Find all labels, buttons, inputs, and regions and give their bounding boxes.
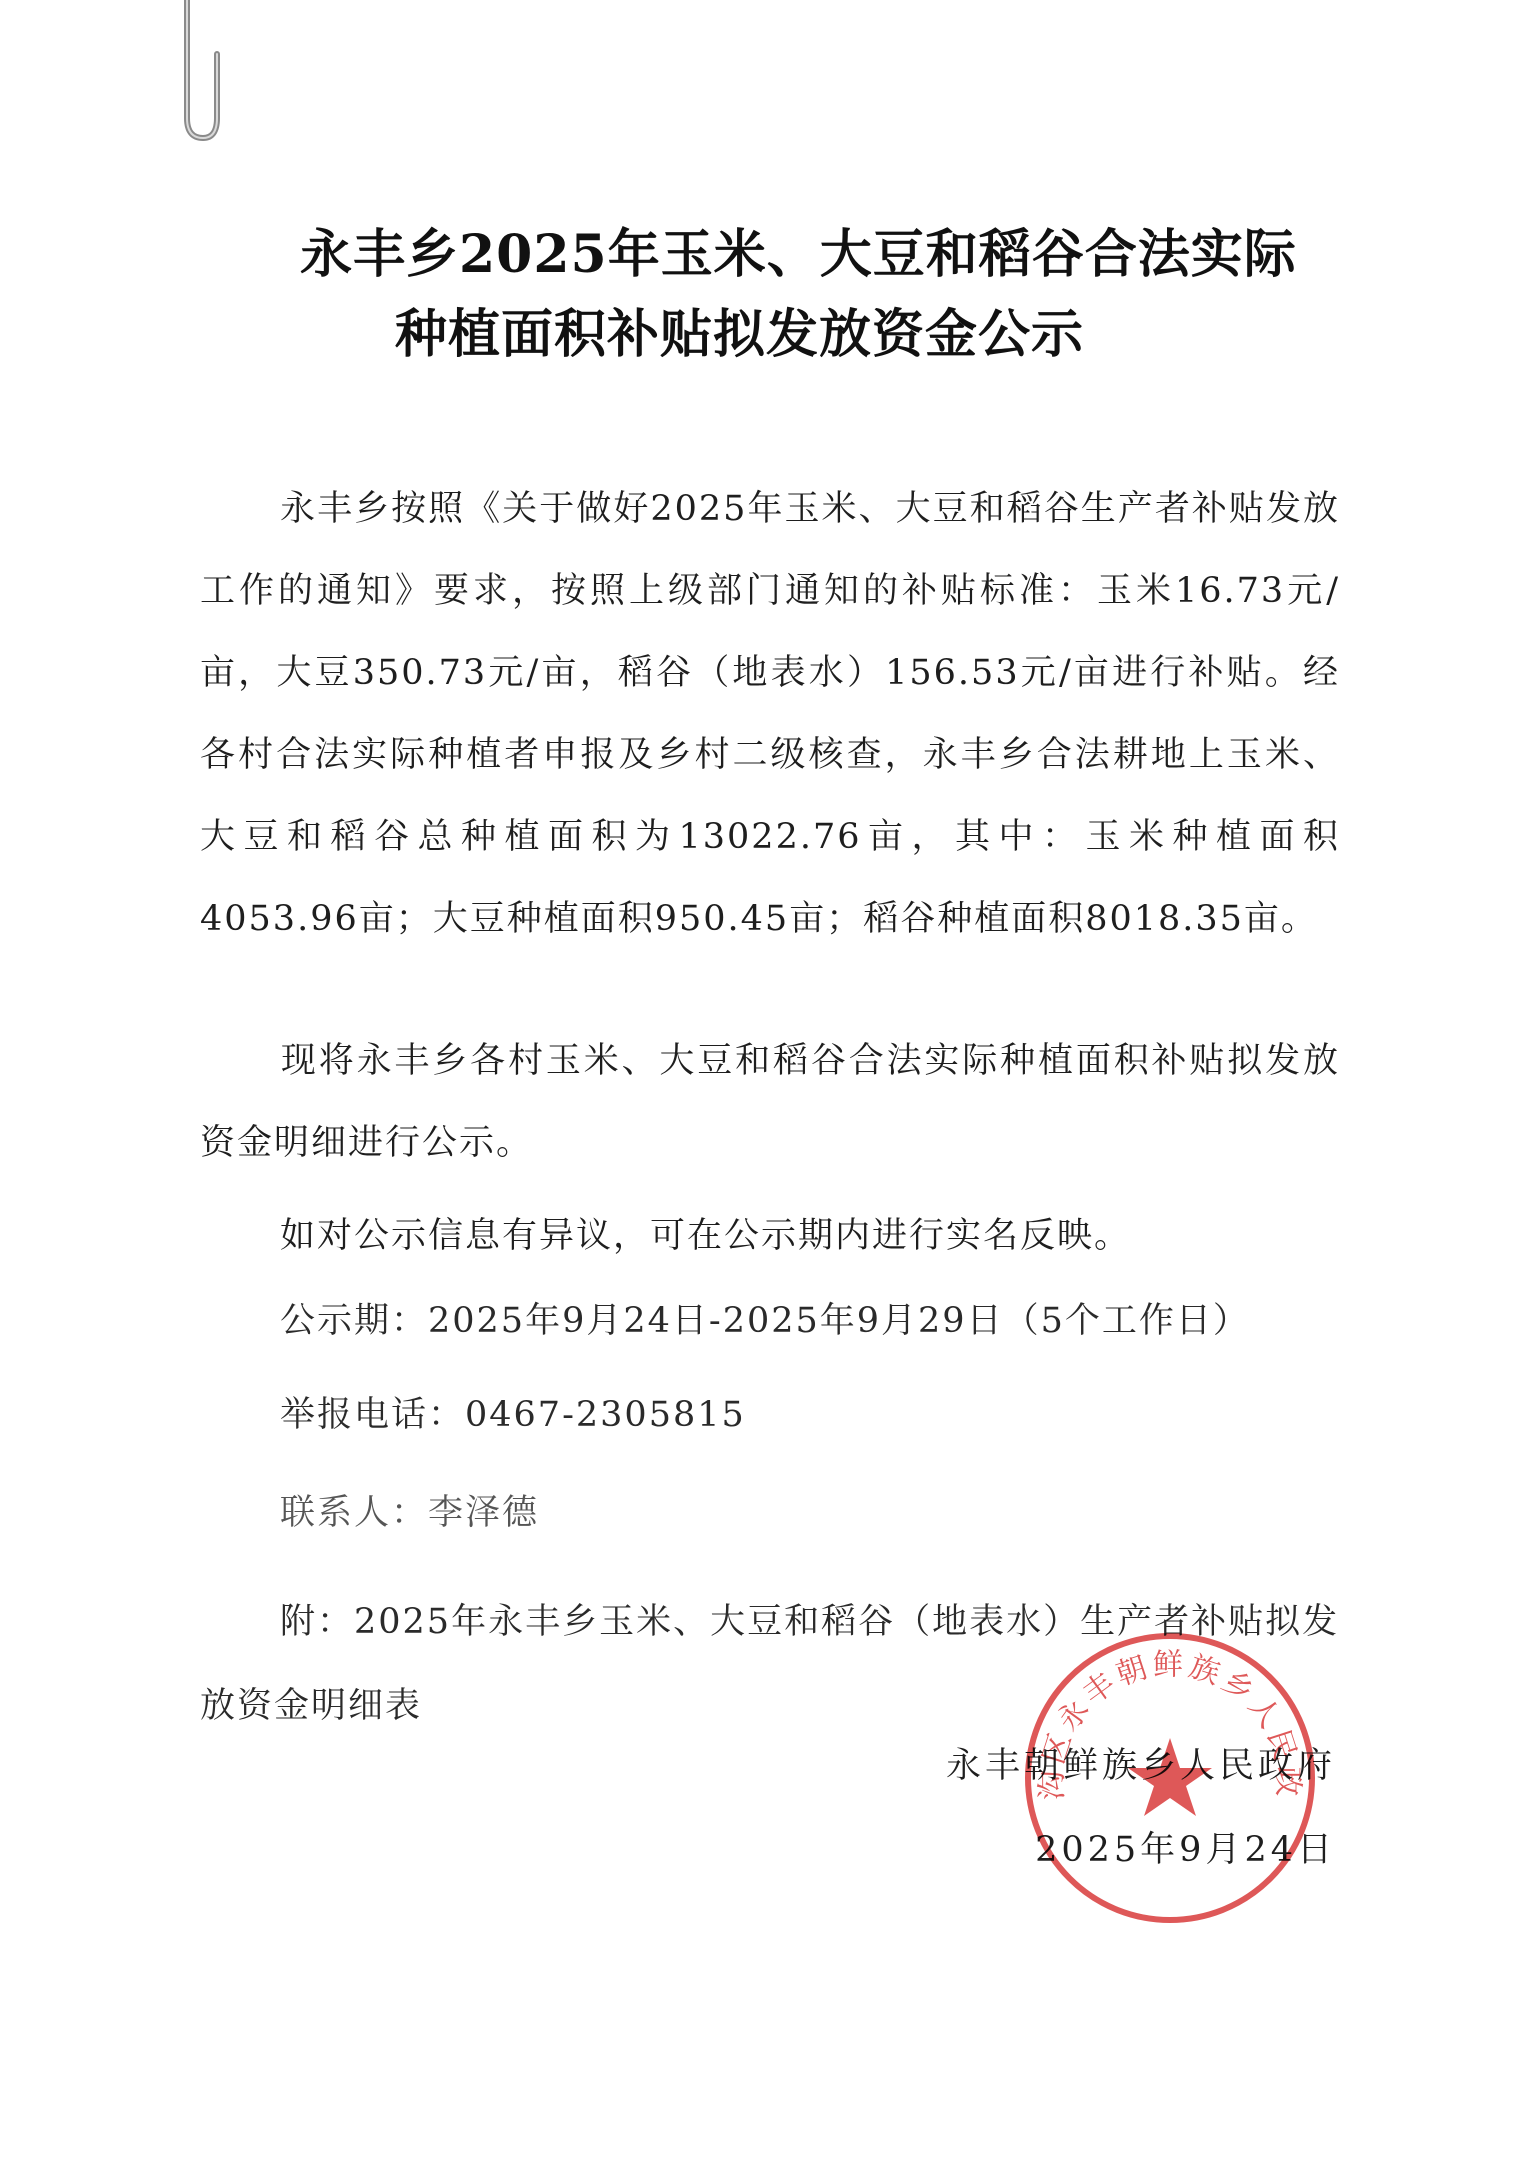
official-seal-icon: 于沟区永丰朝鲜族乡人民政府	[1020, 1628, 1320, 1928]
paragraph-intro-text: 永丰乡按照《关于做好2025年玉米、大豆和稻谷生产者补贴发放工作的通知》要求，按…	[200, 489, 1340, 939]
publicity-period: 公示期：2025年9月24日-2025年9月29日（5个工作日）	[280, 1293, 1250, 1343]
document-title-line1: 永丰乡2025年玉米、大豆和稻谷合法实际	[300, 212, 1536, 287]
report-phone: 举报电话：0467-2305815	[280, 1387, 746, 1437]
document-title-line2: 种植面积补贴拟发放资金公示	[395, 292, 1536, 367]
paragraph-announcement-text: 现将永丰乡各村玉米、大豆和稻谷合法实际种植面积补贴拟发放资金明细进行公示。	[200, 1041, 1340, 1163]
paragraph-announcement: 现将永丰乡各村玉米、大豆和稻谷合法实际种植面积补贴拟发放资金明细进行公示。	[200, 1020, 1340, 1184]
paragraph-objection-text: 如对公示信息有异议，可在公示期内进行实名反映。	[280, 1216, 1131, 1256]
paragraph-intro: 永丰乡按照《关于做好2025年玉米、大豆和稻谷生产者补贴发放工作的通知》要求，按…	[200, 468, 1340, 960]
contact-person: 联系人：李泽德	[280, 1485, 539, 1535]
paragraph-objection: 如对公示信息有异议，可在公示期内进行实名反映。	[200, 1195, 1340, 1277]
paperclip-icon	[165, 0, 225, 150]
